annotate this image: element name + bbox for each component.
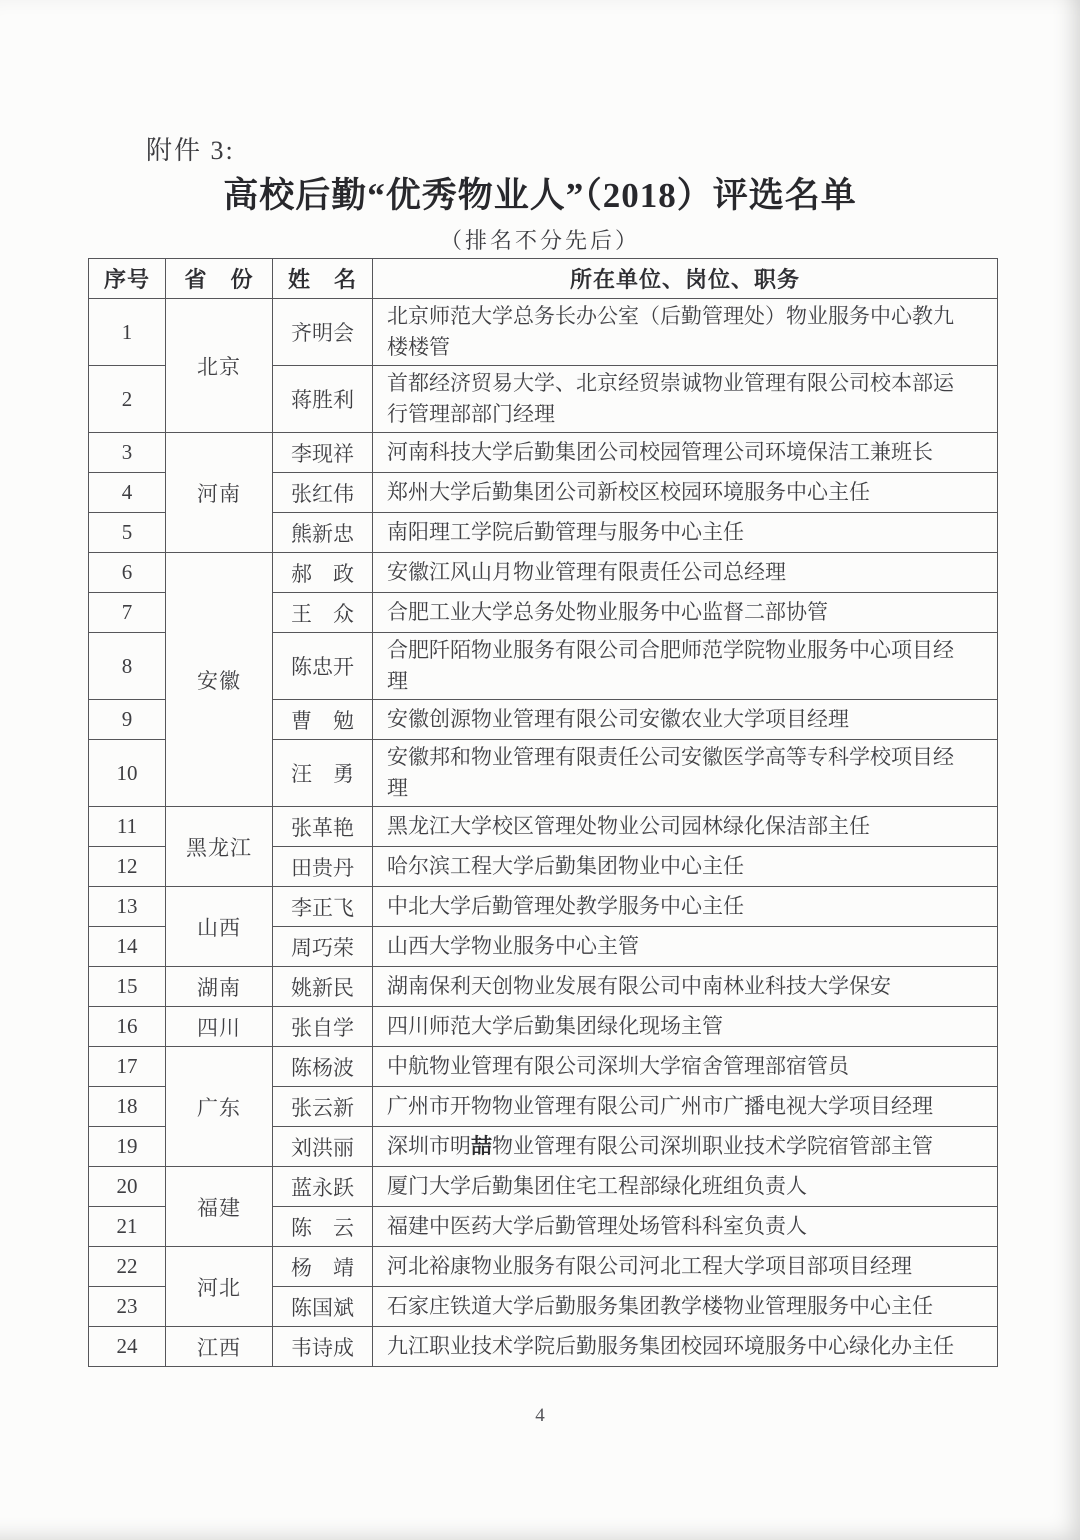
unit-cell: 河北裕康物业服务有限公司河北工程大学项目部项目经理 xyxy=(373,1247,998,1287)
name-cell: 张云新 xyxy=(273,1087,373,1127)
unit-cell: 首都经济贸易大学、北京经贸崇诚物业管理有限公司校本部运行管理部部门经理 xyxy=(373,366,998,433)
unit-text-segment: 物业管理有限公司深圳职业技术学院宿管部主管 xyxy=(492,1134,933,1158)
name-cell: 曹 勉 xyxy=(273,700,373,740)
unit-cell: 厦门大学后勤集团住宅工程部绿化班组负责人 xyxy=(373,1167,998,1207)
column-header-2: 姓 名 xyxy=(273,259,373,299)
province-cell: 北京 xyxy=(166,299,273,433)
serial-cell: 11 xyxy=(89,807,166,847)
unit-cell: 合肥工业大学总务处物业服务中心监督二部协管 xyxy=(373,593,998,633)
page-number: 4 xyxy=(0,1405,1080,1427)
province-cell: 四川 xyxy=(166,1007,273,1047)
table-row: 17广东陈杨波中航物业管理有限公司深圳大学宿舍管理部宿管员 xyxy=(89,1047,998,1087)
serial-cell: 3 xyxy=(89,433,166,473)
serial-cell: 19 xyxy=(89,1127,166,1167)
province-cell: 河南 xyxy=(166,433,273,553)
unit-cell: 南阳理工学院后勤管理与服务中心主任 xyxy=(373,513,998,553)
table-row: 24江西韦诗成九江职业技术学院后勤服务集团校园环境服务中心绿化办主任 xyxy=(89,1327,998,1367)
name-cell: 熊新忠 xyxy=(273,513,373,553)
name-cell: 张革艳 xyxy=(273,807,373,847)
table-row: 15湖南姚新民湖南保利天创物业发展有限公司中南林业科技大学保安 xyxy=(89,967,998,1007)
name-cell: 姚新民 xyxy=(273,967,373,1007)
table-body: 1北京齐明会北京师范大学总务长办公室（后勤管理处）物业服务中心教九楼楼管2蒋胜利… xyxy=(89,299,998,1367)
province-cell: 湖南 xyxy=(166,967,273,1007)
column-header-1: 省 份 xyxy=(166,259,273,299)
province-cell: 山西 xyxy=(166,887,273,967)
unit-text-segment: 深圳市明 xyxy=(387,1134,471,1158)
province-cell: 河北 xyxy=(166,1247,273,1327)
table-row: 16四川张自学四川师范大学后勤集团绿化现场主管 xyxy=(89,1007,998,1047)
unit-cell: 中北大学后勤管理处教学服务中心主任 xyxy=(373,887,998,927)
name-cell: 刘洪丽 xyxy=(273,1127,373,1167)
table-header: 序号省 份姓 名所在单位、岗位、职务 xyxy=(89,259,998,299)
unit-cell: 四川师范大学后勤集团绿化现场主管 xyxy=(373,1007,998,1047)
province-cell: 黑龙江 xyxy=(166,807,273,887)
name-cell: 郝 政 xyxy=(273,553,373,593)
serial-cell: 23 xyxy=(89,1287,166,1327)
serial-cell: 20 xyxy=(89,1167,166,1207)
serial-cell: 8 xyxy=(89,633,166,700)
serial-cell: 15 xyxy=(89,967,166,1007)
table-row: 13山西李正飞中北大学后勤管理处教学服务中心主任 xyxy=(89,887,998,927)
province-cell: 福建 xyxy=(166,1167,273,1247)
name-cell: 张自学 xyxy=(273,1007,373,1047)
table-row: 6安徽郝 政安徽江风山月物业管理有限责任公司总经理 xyxy=(89,553,998,593)
name-cell: 陈杨波 xyxy=(273,1047,373,1087)
name-cell: 杨 靖 xyxy=(273,1247,373,1287)
serial-cell: 6 xyxy=(89,553,166,593)
name-cell: 田贵丹 xyxy=(273,847,373,887)
unit-cell: 郑州大学后勤集团公司新校区校园环境服务中心主任 xyxy=(373,473,998,513)
name-cell: 张红伟 xyxy=(273,473,373,513)
serial-cell: 1 xyxy=(89,299,166,366)
unit-cell: 黑龙江大学校区管理处物业公司园林绿化保洁部主任 xyxy=(373,807,998,847)
table-row: 22河北杨 靖河北裕康物业服务有限公司河北工程大学项目部项目经理 xyxy=(89,1247,998,1287)
document-page: 附件 3: 高校后勤“优秀物业人”（2018）评选名单 （排名不分先后） 序号省… xyxy=(0,0,1080,1540)
unit-cell: 中航物业管理有限公司深圳大学宿舍管理部宿管员 xyxy=(373,1047,998,1087)
table-header-row: 序号省 份姓 名所在单位、岗位、职务 xyxy=(89,259,998,299)
unit-cell: 福建中医药大学后勤管理处场管科科室负责人 xyxy=(373,1207,998,1247)
unit-cell: 深圳市明喆物业管理有限公司深圳职业技术学院宿管部主管 xyxy=(373,1127,998,1167)
serial-cell: 4 xyxy=(89,473,166,513)
name-cell: 蓝永跃 xyxy=(273,1167,373,1207)
unit-cell: 安徽江风山月物业管理有限责任公司总经理 xyxy=(373,553,998,593)
serial-cell: 16 xyxy=(89,1007,166,1047)
table-row: 20福建蓝永跃厦门大学后勤集团住宅工程部绿化班组负责人 xyxy=(89,1167,998,1207)
page-title: 高校后勤“优秀物业人”（2018）评选名单 xyxy=(0,168,1080,218)
unit-cell: 湖南保利天创物业发展有限公司中南林业科技大学保安 xyxy=(373,967,998,1007)
serial-cell: 17 xyxy=(89,1047,166,1087)
name-cell: 齐明会 xyxy=(273,299,373,366)
province-cell: 江西 xyxy=(166,1327,273,1367)
serial-cell: 7 xyxy=(89,593,166,633)
name-cell: 周巧荣 xyxy=(273,927,373,967)
serial-cell: 10 xyxy=(89,740,166,807)
unit-cell: 安徽创源物业管理有限公司安徽农业大学项目经理 xyxy=(373,700,998,740)
serial-cell: 5 xyxy=(89,513,166,553)
name-cell: 王 众 xyxy=(273,593,373,633)
awardees-table: 序号省 份姓 名所在单位、岗位、职务 1北京齐明会北京师范大学总务长办公室（后勤… xyxy=(88,258,998,1367)
unit-cell: 北京师范大学总务长办公室（后勤管理处）物业服务中心教九楼楼管 xyxy=(373,299,998,366)
unit-cell: 河南科技大学后勤集团公司校园管理公司环境保洁工兼班长 xyxy=(373,433,998,473)
serial-cell: 24 xyxy=(89,1327,166,1367)
serial-cell: 21 xyxy=(89,1207,166,1247)
unit-cell: 哈尔滨工程大学后勤集团物业中心主任 xyxy=(373,847,998,887)
unit-text-bold-segment: 喆 xyxy=(471,1134,492,1158)
column-header-0: 序号 xyxy=(89,259,166,299)
unit-cell: 九江职业技术学院后勤服务集团校园环境服务中心绿化办主任 xyxy=(373,1327,998,1367)
unit-cell: 广州市开物物业管理有限公司广州市广播电视大学项目经理 xyxy=(373,1087,998,1127)
name-cell: 陈 云 xyxy=(273,1207,373,1247)
serial-cell: 2 xyxy=(89,366,166,433)
column-header-3: 所在单位、岗位、职务 xyxy=(373,259,998,299)
unit-cell: 合肥阡陌物业服务有限公司合肥师范学院物业服务中心项目经理 xyxy=(373,633,998,700)
serial-cell: 12 xyxy=(89,847,166,887)
table-row: 11黑龙江张革艳黑龙江大学校区管理处物业公司园林绿化保洁部主任 xyxy=(89,807,998,847)
table-row: 1北京齐明会北京师范大学总务长办公室（后勤管理处）物业服务中心教九楼楼管 xyxy=(89,299,998,366)
name-cell: 李正飞 xyxy=(273,887,373,927)
doc-subtitle: （排名不分先后） xyxy=(0,224,1080,255)
name-cell: 李现祥 xyxy=(273,433,373,473)
attachment-label: 附件 3: xyxy=(146,130,235,167)
province-cell: 广东 xyxy=(166,1047,273,1167)
table-row: 3河南李现祥河南科技大学后勤集团公司校园管理公司环境保洁工兼班长 xyxy=(89,433,998,473)
serial-cell: 18 xyxy=(89,1087,166,1127)
name-cell: 蒋胜利 xyxy=(273,366,373,433)
name-cell: 汪 勇 xyxy=(273,740,373,807)
unit-cell: 石家庄铁道大学后勤服务集团教学楼物业管理服务中心主任 xyxy=(373,1287,998,1327)
unit-cell: 安徽邦和物业管理有限责任公司安徽医学高等专科学校项目经理 xyxy=(373,740,998,807)
province-cell: 安徽 xyxy=(166,553,273,807)
unit-cell: 山西大学物业服务中心主管 xyxy=(373,927,998,967)
serial-cell: 13 xyxy=(89,887,166,927)
name-cell: 韦诗成 xyxy=(273,1327,373,1367)
name-cell: 陈忠开 xyxy=(273,633,373,700)
serial-cell: 22 xyxy=(89,1247,166,1287)
name-cell: 陈国斌 xyxy=(273,1287,373,1327)
serial-cell: 9 xyxy=(89,700,166,740)
serial-cell: 14 xyxy=(89,927,166,967)
